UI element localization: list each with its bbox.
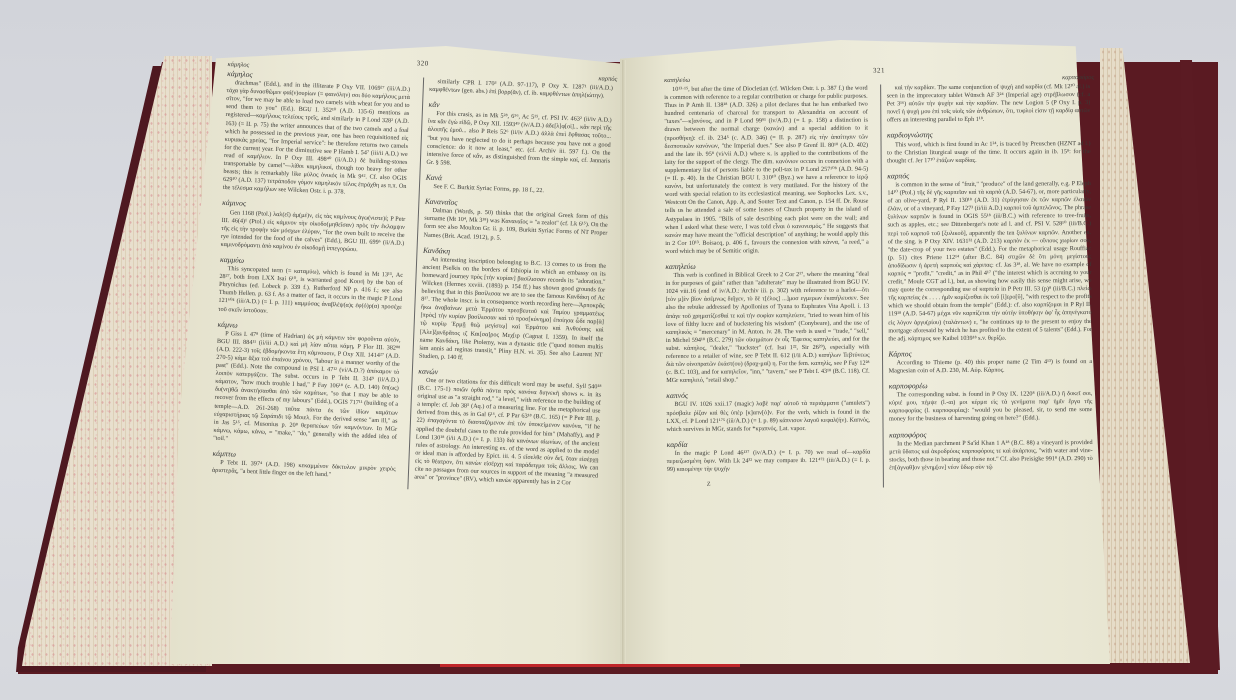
page-number: 321	[873, 66, 885, 74]
lexicon-entry: κάμνωP Giss I. 47⁸ (time of Hadrian) ὡς …	[213, 320, 401, 449]
lexicon-entry: κάμινοςGen 1168 (Ptol.) λαλ(εῖ) ἀμ(μέ)ν,…	[220, 199, 405, 256]
signature-mark: Z	[707, 480, 871, 489]
entry-text: 10¹³·¹⁵, but after the time of Diocletia…	[664, 85, 869, 256]
entry-text: This verb is confined in Biblical Greek …	[665, 271, 869, 386]
entry-text: Gen 1168 (Ptol.) λαλ(εῖ) ἀμ(μέ)ν, εἰς τὰ…	[220, 208, 405, 255]
entry-headword: Κάρπος	[888, 349, 1092, 359]
lexicon-entry: ΚαναναῖοςDalman (Words, p. 50) thinks th…	[423, 198, 608, 246]
entry-headword: καπνός	[666, 391, 870, 401]
entry-headword: καρποφορέω	[889, 381, 1093, 391]
entry-text: This word, which is first found in Ac 1²…	[887, 140, 1091, 166]
lexicon-entry: καπνόςBGU IV. 1026 xxii.17 (magic) λαβὲ …	[666, 391, 870, 434]
entry-text: καὶ τὴν καρδίαν. The same conjunction of…	[887, 83, 1091, 125]
lexicon-entry: καρπόςis common in the sense of "fruit,"…	[887, 171, 1092, 343]
entry-text: Dalman (Words, p. 50) thinks that the or…	[423, 207, 608, 246]
entry-text: In the Median parchment P Sa'îd Khan 1 A…	[889, 439, 1093, 473]
lexicon-entry: 10¹³·¹⁵, but after the time of Diocletia…	[664, 85, 869, 256]
column-1: 10¹³·¹⁵, but after the time of Diocletia…	[664, 85, 874, 490]
lexicon-entry: ΚάρποςAccording to Thieme (p. 40) this p…	[888, 349, 1092, 376]
entry-headword: καπηλεύω	[665, 262, 869, 272]
running-head-left: κάμηλος	[227, 61, 249, 70]
left-page-content: κάμηλος 320 καρπός κάμηλοςdrachmas" (Edd…	[211, 52, 617, 497]
entry-text: P Giss I. 47⁸ (time of Hadrian) ὡς μὴ κά…	[213, 330, 401, 450]
entry-text: This syncopated term (= καταμύω), which …	[218, 265, 403, 321]
lexicon-entry: καπηλεύωThis verb is confined in Biblica…	[665, 262, 869, 386]
entry-text: According to Thieme (p. 40) this proper …	[889, 358, 1093, 376]
lexicon-entry: καρδίαIn the magic P Lond 46¹³⁷ (iv/A.D.…	[667, 439, 871, 474]
left-page-columns: κάμηλοςdrachmas" (Edd.), and in the illi…	[211, 70, 617, 497]
right-page-columns: 10¹³·¹⁵, but after the time of Diocletia…	[664, 83, 1097, 489]
right-page-content: καπηλεύω 321 καρποφόρος 10¹³·¹⁵, but aft…	[664, 65, 1097, 489]
page-number: 320	[417, 59, 429, 68]
column-2: similarly CPR I. 170³ (A.D. 97-117), P O…	[407, 77, 617, 496]
book-gutter	[622, 60, 626, 664]
lexicon-entry: κανώνOne or two citations for this diffi…	[414, 367, 602, 488]
column-1: κάμηλοςdrachmas" (Edd.), and in the illi…	[211, 70, 414, 489]
entry-headword: καρδία	[667, 439, 871, 449]
lexicon-entry: καμμύωThis syncopated term (= καταμύω), …	[218, 256, 404, 321]
running-head-right: καρπός	[598, 75, 617, 84]
lexicon-entry: κἄνFor this crasis, as in Mk 5²⁸, 6⁵⁶, A…	[426, 101, 612, 174]
running-head-right: καρποφόρος	[1062, 74, 1094, 82]
lexicon-entry: καρδιογνώστηςThis word, which is first f…	[887, 130, 1091, 165]
entry-text: is common in the sense of "fruit," "prod…	[887, 180, 1092, 343]
lexicon-entry: καρποφόροςIn the Median parchment P Sa'î…	[889, 430, 1093, 473]
lexicon-entry: ΚανάSee F. C. Burkitt Syriac Forms, pp. …	[425, 174, 609, 198]
right-page-header: καπηλεύω 321 καρποφόρος	[664, 65, 1094, 86]
entry-text: For this crasis, as in Mk 5²⁸, 6⁵⁶, Ac 5…	[426, 110, 612, 174]
column-2: καὶ τὴν καρδίαν. The same conjunction of…	[880, 83, 1097, 488]
lexicon-entry: κάμηλοςdrachmas" (Edd.), and in the illi…	[223, 70, 411, 199]
lexicon-entry: καὶ τὴν καρδίαν. The same conjunction of…	[887, 83, 1091, 125]
lexicon-entry: ΚανδάκηAn interesting inscription belong…	[419, 246, 607, 367]
lexicon-entry: κάμπτωP Tebt II. 397⁴ (A.D. 198) κεκαμμέ…	[212, 450, 396, 482]
entry-text: An interesting inscription belonging to …	[419, 255, 606, 367]
entry-text: The corresponding subst. is found in P O…	[889, 390, 1093, 424]
entry-text: BGU IV. 1026 xxii.17 (magic) λαβὲ παρ' α…	[666, 400, 870, 434]
entry-text: drachmas" (Edd.), and in the illiterate …	[223, 79, 411, 199]
entry-text: In the magic P Lond 46¹³⁷ (iv/A.D.) (= I…	[667, 449, 871, 475]
entry-headword: καρδιογνώστης	[887, 130, 1091, 140]
entry-headword: καρπός	[887, 171, 1091, 181]
entry-headword: καρποφόρος	[889, 430, 1093, 440]
entry-text: One or two citations for this difficult …	[414, 377, 601, 489]
lexicon-entry: καρποφορέωThe corresponding subst. is fo…	[889, 381, 1093, 424]
running-head-left: καπηλεύω	[664, 77, 690, 85]
